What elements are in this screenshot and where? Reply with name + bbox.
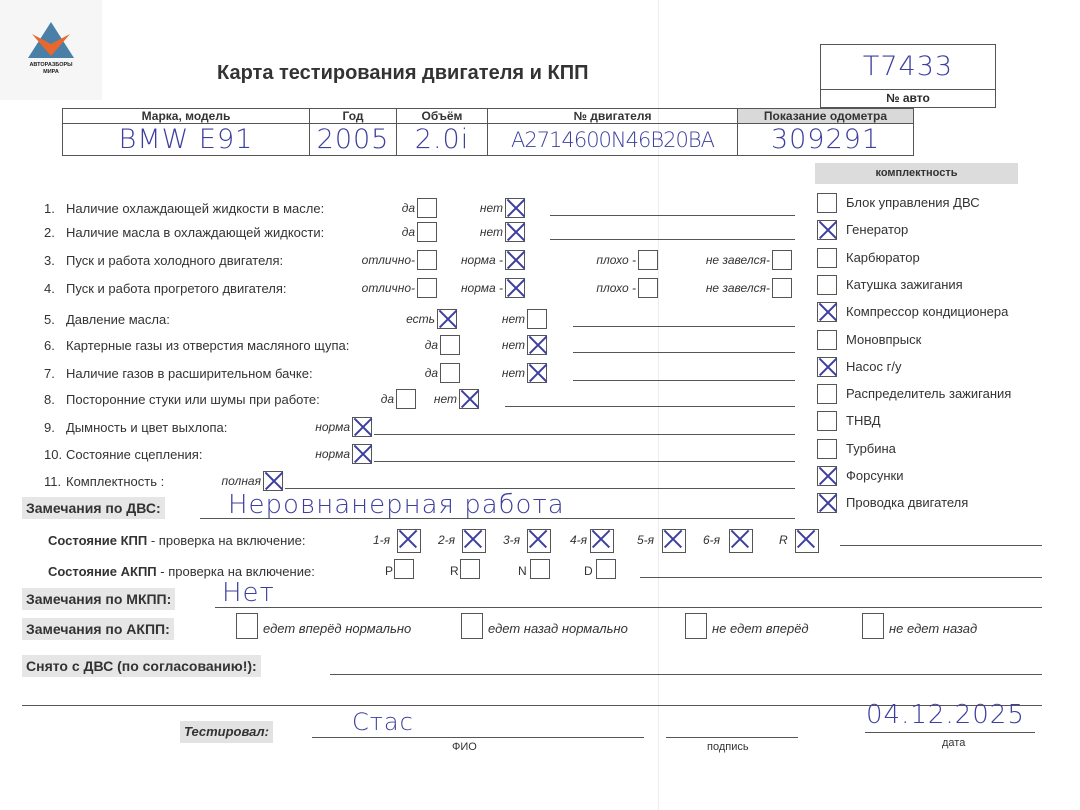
option-label: норма -	[440, 253, 503, 267]
komplektnost-item: Моновпрыск	[846, 332, 921, 347]
komplektnost-checkbox[interactable]	[817, 193, 837, 213]
komplektnost-item: Турбина	[846, 441, 896, 456]
date-value[interactable]: 04.12.2025	[866, 700, 1025, 730]
checklist-label: Картерные газы из отверстия масляного щу…	[66, 338, 349, 353]
checkbox[interactable]	[505, 198, 525, 218]
gear-label: 3-я	[503, 533, 520, 547]
mkpp-remarks-label: Замечания по МКПП:	[22, 588, 175, 610]
mkpp-remarks-line	[215, 607, 1042, 608]
dvs-remarks-value[interactable]: Неровнанерная работа	[228, 490, 565, 520]
checkbox[interactable]	[440, 335, 460, 355]
checkbox[interactable]	[459, 389, 479, 409]
akpp-position-checkbox[interactable]	[394, 559, 414, 579]
remarks-line[interactable]	[550, 239, 795, 240]
gear-label: 1-я	[373, 533, 390, 547]
removed-line[interactable]	[330, 674, 1042, 675]
odometer-value[interactable]: 309291	[738, 124, 914, 156]
komplektnost-item: Распределитель зажигания	[846, 386, 1011, 401]
option-label: отлично-	[325, 281, 415, 295]
komplektnost-header: комплектность	[815, 163, 1018, 184]
komplektnost-checkbox[interactable]	[817, 384, 837, 404]
option-label: да	[340, 392, 394, 406]
remarks-line[interactable]	[374, 434, 795, 435]
checkbox[interactable]	[505, 278, 525, 298]
option-label: да	[372, 225, 415, 239]
checkbox[interactable]	[417, 278, 437, 298]
option-label: нет	[460, 366, 525, 380]
checkbox[interactable]	[440, 363, 460, 383]
checklist-row: 9.Дымность и цвет выхлопа:	[44, 420, 227, 435]
checkbox[interactable]	[352, 417, 372, 437]
option-label: не завелся-	[670, 281, 770, 295]
akpp-position-label: N	[518, 564, 527, 578]
gear-label: R	[779, 533, 788, 547]
komplektnost-item: Проводка двигателя	[846, 495, 968, 510]
auto-number-label: № авто	[821, 89, 995, 107]
komplektnost-checkbox[interactable]	[817, 493, 837, 513]
checkbox[interactable]	[772, 250, 792, 270]
checkbox[interactable]	[352, 444, 372, 464]
volume-value[interactable]: 2.0i	[397, 124, 488, 156]
akpp-position-label: P	[385, 564, 393, 578]
checklist-row: 8.Посторонние стуки или шумы при работе:	[44, 392, 320, 407]
gear-checkbox[interactable]	[590, 529, 614, 553]
remarks-line[interactable]	[550, 215, 795, 216]
komplektnost-checkbox[interactable]	[817, 302, 837, 322]
option-label: есть	[360, 312, 435, 326]
checklist-label: Пуск и работа прогретого двигателя:	[66, 281, 286, 296]
checkbox[interactable]	[772, 278, 792, 298]
option-label: нет	[460, 338, 525, 352]
page-title: Карта тестирования двигателя и КПП	[217, 62, 588, 85]
checklist-row: 4.Пуск и работа прогретого двигателя:	[44, 281, 286, 296]
checkbox[interactable]	[437, 309, 457, 329]
remarks-line[interactable]	[505, 406, 795, 407]
signature-line[interactable]	[666, 737, 798, 738]
mkpp-remarks-value[interactable]: Нет	[222, 578, 275, 608]
col-header-engine-number: № двигателя	[488, 109, 738, 124]
komplektnost-item: Компрессор кондиционера	[846, 304, 1008, 319]
gear-checkbox[interactable]	[462, 529, 486, 553]
akpp-remark-label: не едет назад	[889, 621, 977, 636]
komplektnost-checkbox[interactable]	[817, 466, 837, 486]
checkbox[interactable]	[417, 198, 437, 218]
akpp-remark-checkbox[interactable]	[461, 613, 483, 639]
checklist-label: Дымность и цвет выхлопа:	[66, 420, 227, 435]
checklist-number: 8.	[44, 392, 66, 407]
checklist-label: Состояние сцепления:	[66, 447, 202, 462]
komplektnost-checkbox[interactable]	[817, 275, 837, 295]
checklist-label: Наличие газов в расширительном бачке:	[66, 366, 313, 381]
checklist-number: 9.	[44, 420, 66, 435]
checklist-row: 2.Наличие масла в охлаждающей жидкости:	[44, 225, 324, 240]
fio-line	[312, 737, 644, 738]
komplektnost-checkbox[interactable]	[817, 220, 837, 240]
option-label: да	[372, 201, 415, 215]
komplektnost-checkbox[interactable]	[817, 411, 837, 431]
checklist-row: 1.Наличие охлаждающей жидкости в масле:	[44, 201, 324, 216]
checklist-row: 7.Наличие газов в расширительном бачке:	[44, 366, 313, 381]
remarks-line[interactable]	[285, 488, 795, 489]
kpp-remarks-line	[840, 545, 1042, 546]
checkbox[interactable]	[527, 335, 547, 355]
logo-icon	[28, 22, 74, 60]
komplektnost-item: Катушка зажигания	[846, 277, 963, 292]
komplektnost-item: Форсунки	[846, 468, 903, 483]
akpp-remark-checkbox[interactable]	[685, 613, 707, 639]
checkbox[interactable]	[527, 309, 547, 329]
checklist-row: 6.Картерные газы из отверстия масляного …	[44, 338, 349, 353]
checklist-label: Наличие масла в охлаждающей жидкости:	[66, 225, 324, 240]
komplektnost-checkbox[interactable]	[817, 439, 837, 459]
gear-checkbox[interactable]	[795, 529, 819, 553]
col-header-model: Марка, модель	[63, 109, 310, 124]
checklist-row: 11.Комплектность :	[44, 474, 164, 489]
signature-caption: подпись	[707, 741, 749, 753]
checkbox[interactable]	[417, 250, 437, 270]
akpp-remark-checkbox[interactable]	[236, 613, 258, 639]
komplektnost-item: Насос г/у	[846, 359, 901, 374]
checklist-row: 5.Давление масла:	[44, 312, 170, 327]
auto-number-box: Т7433 № авто	[820, 44, 996, 108]
col-header-year: Год	[310, 109, 397, 124]
option-label: полная	[190, 474, 261, 488]
fio-value[interactable]: Стас	[352, 708, 414, 736]
checklist-number: 7.	[44, 366, 66, 381]
checklist-number: 5.	[44, 312, 66, 327]
date-line	[865, 732, 1035, 733]
option-label: нет	[395, 392, 457, 406]
remarks-line[interactable]	[374, 461, 795, 462]
gear-label: 2-я	[438, 533, 455, 547]
checklist-number: 10.	[44, 447, 66, 462]
checkbox[interactable]	[638, 278, 658, 298]
checklist-number: 11.	[44, 474, 66, 489]
tested-label: Тестировал:	[180, 721, 273, 743]
akpp-remarks-label: Замечания по АКПП:	[22, 618, 174, 640]
akpp-position-label: D	[584, 564, 593, 578]
komplektnost-checkbox[interactable]	[817, 357, 837, 377]
checklist-label: Посторонние стуки или шумы при работе:	[66, 392, 320, 407]
logo-text: АВТОРАЗБОРЫ МИРА	[0, 62, 102, 76]
remarks-line[interactable]	[573, 326, 795, 327]
komplektnost-item: Карбюратор	[846, 250, 920, 265]
option-label: не завелся-	[670, 253, 770, 267]
checklist-row: 3.Пуск и работа холодного двигателя:	[44, 253, 283, 268]
checklist-number: 1.	[44, 201, 66, 216]
col-header-odometer: Показание одометра	[738, 109, 914, 124]
akpp-remark-label: едет назад нормально	[488, 621, 628, 636]
checklist-number: 6.	[44, 338, 66, 353]
gear-label: 5-я	[637, 533, 654, 547]
option-label: отлично-	[325, 253, 415, 267]
option-label: нет	[460, 312, 525, 326]
option-label: плохо -	[570, 253, 636, 267]
checkbox[interactable]	[417, 222, 437, 242]
gear-label: 4-я	[570, 533, 587, 547]
auto-number-value[interactable]: Т7433	[821, 45, 995, 89]
option-label: нет	[450, 201, 503, 215]
checklist-number: 3.	[44, 253, 66, 268]
komplektnost-checkbox[interactable]	[817, 248, 837, 268]
akpp-remarks-line	[640, 577, 1042, 578]
dvs-remarks-label: Замечания по ДВС:	[22, 497, 165, 519]
akpp-remark-label: едет вперёд нормально	[263, 621, 411, 636]
option-label: нет	[450, 225, 503, 239]
komplektnost-checkbox[interactable]	[817, 330, 837, 350]
gear-label: 6-я	[703, 533, 720, 547]
checkbox[interactable]	[505, 222, 525, 242]
akpp-label: Состояние АКПП - проверка на включение:	[48, 564, 315, 579]
akpp-position-checkbox[interactable]	[460, 559, 480, 579]
gear-checkbox[interactable]	[527, 529, 551, 553]
option-label: да	[385, 366, 438, 380]
year-value[interactable]: 2005	[310, 124, 397, 156]
akpp-remark-checkbox[interactable]	[862, 613, 884, 639]
gear-checkbox[interactable]	[729, 529, 753, 553]
fio-caption: ФИО	[452, 741, 477, 753]
col-header-volume: Объём	[397, 109, 488, 124]
checklist-label: Давление масла:	[66, 312, 170, 327]
checklist-label: Наличие охлаждающей жидкости в масле:	[66, 201, 324, 216]
kpp-label: Состояние КПП - проверка на включение:	[48, 533, 305, 548]
checklist-label: Комплектность :	[66, 474, 164, 489]
option-label: норма	[280, 447, 350, 461]
checklist-number: 4.	[44, 281, 66, 296]
removed-label: Снято с ДВС (по согласованию!):	[22, 655, 261, 677]
logo: АВТОРАЗБОРЫ МИРА	[0, 0, 102, 100]
checklist-number: 2.	[44, 225, 66, 240]
remarks-line[interactable]	[573, 380, 795, 381]
gear-checkbox[interactable]	[662, 529, 686, 553]
option-label: да	[385, 338, 438, 352]
akpp-position-checkbox[interactable]	[596, 559, 616, 579]
akpp-position-checkbox[interactable]	[530, 559, 550, 579]
remarks-line[interactable]	[573, 352, 795, 353]
checkbox[interactable]	[638, 250, 658, 270]
option-label: плохо -	[570, 281, 636, 295]
option-label: норма	[280, 420, 350, 434]
gear-checkbox[interactable]	[397, 529, 421, 553]
engine-number-value[interactable]: A2714600N46B20BA	[488, 124, 738, 156]
checklist-row: 10.Состояние сцепления:	[44, 447, 202, 462]
vehicle-info-table: Марка, модель Год Объём № двигателя Пока…	[62, 108, 914, 156]
checklist-label: Пуск и работа холодного двигателя:	[66, 253, 283, 268]
komplektnost-item: Блок управления ДВС	[846, 195, 980, 210]
checkbox[interactable]	[527, 363, 547, 383]
date-caption: дата	[942, 737, 965, 749]
option-label: норма -	[440, 281, 503, 295]
akpp-position-label: R	[450, 564, 459, 578]
komplektnost-item: ТНВД	[846, 413, 881, 428]
akpp-remark-label: не едет вперёд	[712, 621, 809, 636]
komplektnost-item: Генератор	[846, 222, 908, 237]
checkbox[interactable]	[505, 250, 525, 270]
checkbox[interactable]	[263, 471, 283, 491]
model-value[interactable]: BMW E91	[63, 124, 310, 156]
